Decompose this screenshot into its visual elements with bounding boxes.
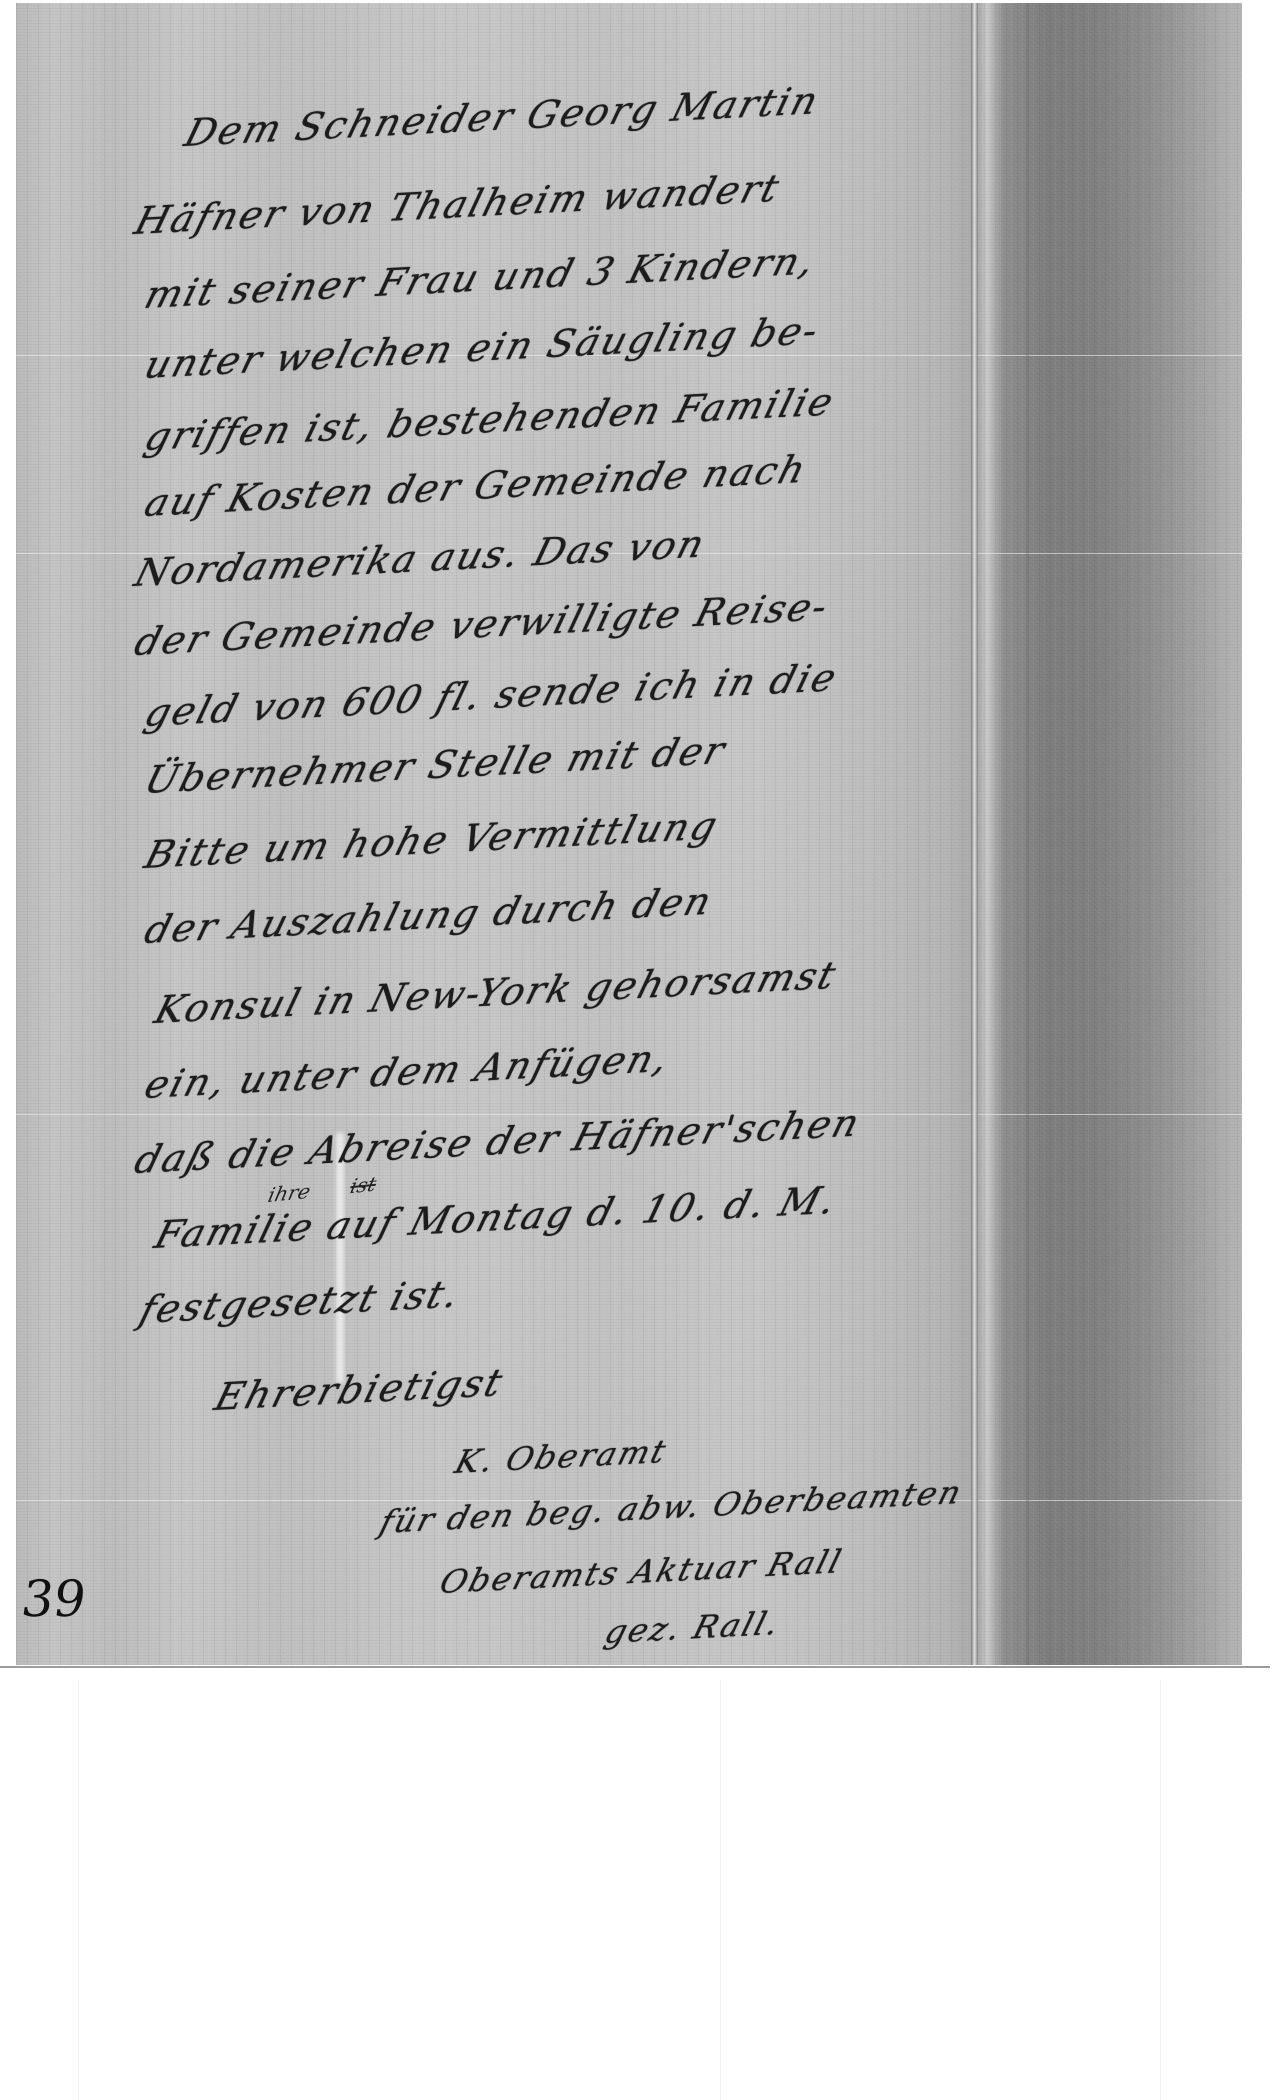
faint-guide-line — [1160, 1680, 1161, 2100]
struck-out-word: ist — [348, 1172, 379, 1198]
letter-line-10: Übernehmer Stelle mit der — [140, 728, 731, 802]
letter-line-17: festgesetzt ist. — [135, 1272, 466, 1332]
letter-line-4: unter welchen ein Säugling be- — [140, 308, 825, 387]
letter-line-13: Konsul in New-York gehorsamst — [150, 953, 842, 1032]
interlinear-insertion: ihre — [266, 1179, 313, 1207]
closing-salutation: Ehrerbietigst — [210, 1360, 509, 1419]
letter-line-1: Dem Schneider Georg Martin — [180, 78, 825, 155]
letter-line-16: Familie auf Montag d. 10. d. M. — [150, 1178, 842, 1257]
signature-line-3: Oberamts Aktuar Rall — [436, 1542, 847, 1601]
page-fold-shadow — [1026, 3, 1029, 1665]
letter-line-7: Nordamerika aus. Das von — [130, 522, 711, 595]
scanned-letter-page: Dem Schneider Georg Martin Häfner von Th… — [16, 3, 1242, 1665]
signature-line-2: für den beg. abw. Oberbeamten — [376, 1473, 967, 1541]
letter-line-5: griffen ist, bestehenden Familie — [140, 380, 840, 459]
letter-line-2: Häfner von Thalheim wandert — [130, 166, 786, 243]
page-fold-crease — [971, 3, 978, 1665]
letter-line-6: auf Kosten der Gemeinde nach — [140, 447, 812, 525]
letter-line-14: ein, unter dem Anfügen, — [140, 1036, 675, 1107]
letter-line-15: daß die Abreise der Häfner'schen — [130, 1101, 866, 1182]
faint-guide-line — [78, 1680, 79, 2100]
signature-line-1: K. Oberamt — [451, 1432, 672, 1481]
margin-page-number: 39 — [18, 1570, 90, 1628]
scan-bottom-edge — [0, 1666, 1270, 1668]
letter-line-9: geld von 600 fl. sende ich in die — [140, 655, 843, 735]
letter-line-3: mit seiner Frau und 3 Kindern, — [140, 239, 821, 317]
faint-guide-line — [720, 1680, 721, 2100]
signature-line-4: gez. Rall. — [601, 1604, 785, 1651]
letter-line-8: der Gemeinde verwilligte Reise- — [130, 584, 834, 664]
letter-line-11: Bitte um hohe Vermittlung — [140, 804, 724, 877]
letter-line-12: der Auszahlung durch den — [140, 879, 718, 952]
